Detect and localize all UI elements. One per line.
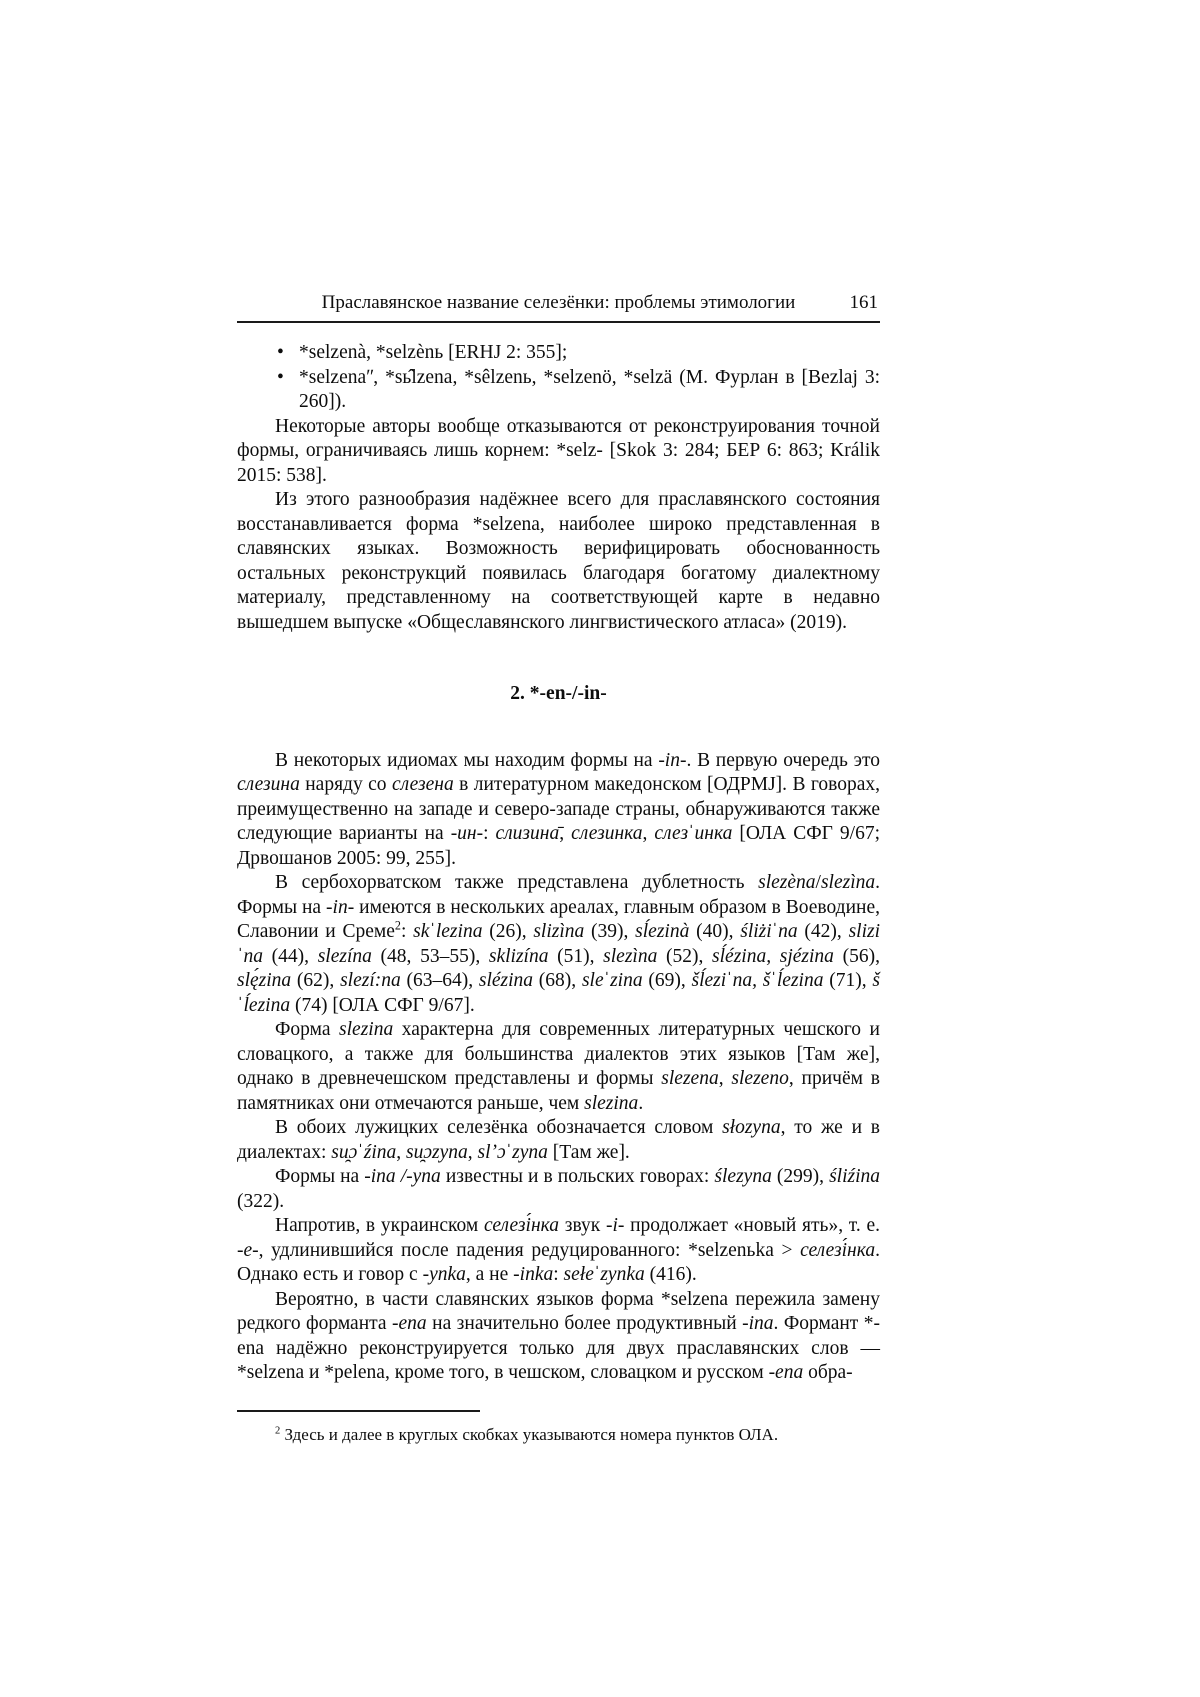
paragraph: В сербохорватском также представлена дуб… [237, 871, 880, 1018]
footnote-rule [237, 1410, 480, 1412]
paragraph: Формы на -ina /-yna известны и в польски… [237, 1165, 880, 1214]
footnote-block: 2 Здесь и далее в круглых скобках указыв… [237, 1410, 880, 1446]
paragraph: Напротив, в украинском селезі́нка звук -… [237, 1214, 880, 1288]
page-header: Праславянское название селезёнки: пробле… [237, 292, 880, 323]
paragraph: В обоих лужицких селезёнка обозначается … [237, 1116, 880, 1165]
list-item-text: *selzenà, *selzènь [ERHJ 2: 355]; [299, 342, 567, 363]
paragraph: Вероятно, в части славянских языков форм… [237, 1288, 880, 1386]
list-item-text: *selzenaʺ, *sь̂lzena, *sêlzenь, *selzenö… [299, 367, 880, 413]
text-column: Праславянское название селезёнки: пробле… [237, 292, 880, 1446]
list-item: •*selzenaʺ, *sь̂lzena, *sêlzenь, *selzen… [237, 366, 880, 415]
paragraph: В некоторых идиомах мы находим формы на … [237, 749, 880, 872]
list-item: •*selzenà, *selzènь [ERHJ 2: 355]; [237, 341, 880, 366]
header-rule [237, 321, 880, 323]
body-text: •*selzenà, *selzènь [ERHJ 2: 355]; •*sel… [237, 341, 880, 1446]
footnote-text: Здесь и далее в круглых скобках указываю… [280, 1425, 778, 1444]
reconstruction-list: •*selzenà, *selzènь [ERHJ 2: 355]; •*sel… [237, 341, 880, 415]
footnote: 2 Здесь и далее в круглых скобках указыв… [237, 1424, 880, 1446]
bullet-icon: • [277, 341, 284, 366]
page-number: 161 [850, 292, 879, 314]
paragraph: Некоторые авторы вообще отказываются от … [237, 415, 880, 489]
running-title: Праславянское название селезёнки: пробле… [322, 292, 796, 313]
section-heading: 2. *-en-/-in- [237, 682, 880, 707]
bullet-icon: • [277, 366, 284, 391]
document-page: Праславянское название селезёнки: пробле… [0, 0, 1200, 1697]
paragraph: Из этого разнообразия надёжнее всего для… [237, 488, 880, 635]
paragraph: Форма slezina характерна для современных… [237, 1018, 880, 1116]
